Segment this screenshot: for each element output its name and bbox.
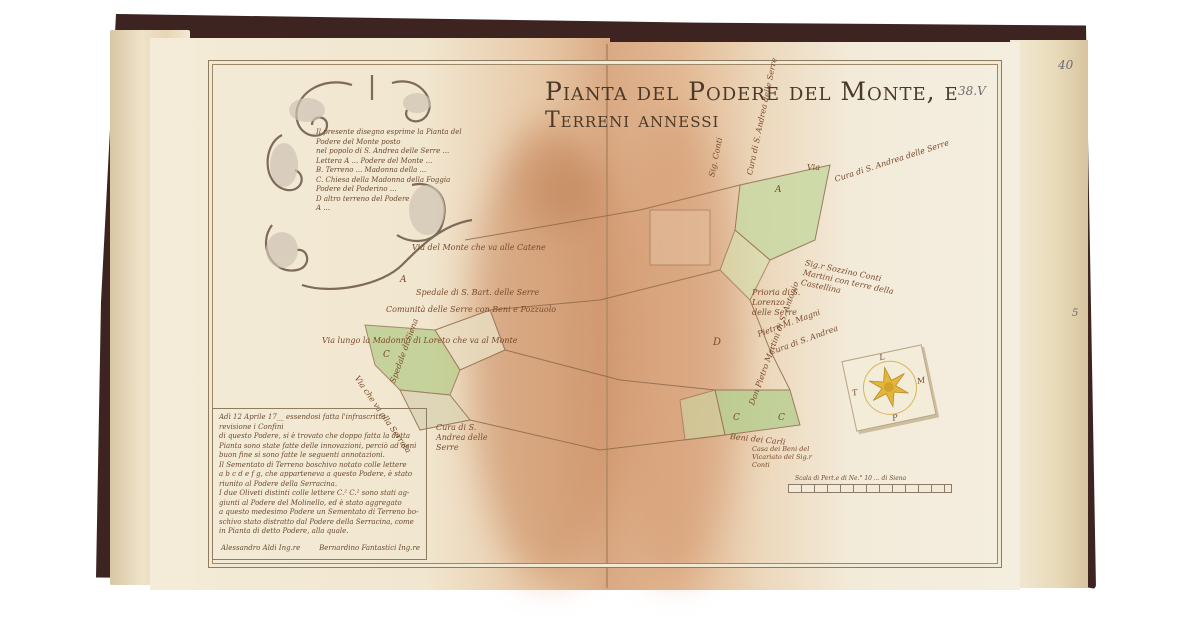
scale-bar [788,484,952,493]
map-label-via: Via [807,163,820,173]
compass-label-top: L [879,352,886,362]
folio-number: 38.V [958,84,986,98]
map-label-via-lago: Via lungo la Madonna di Loreto che va al… [322,336,517,346]
signature-left: Alessandro Aldi Ing.re [221,544,300,554]
note-line: giunti al Podere del Molinello, ed è sta… [219,499,420,509]
note-line: schivo stato distratto dal Podere della … [219,518,420,528]
map-title-line-2: Terreni annessi [545,108,719,133]
map-label-comunita: Comunità delle Serre con Beni e Pozzuolo [386,305,556,315]
map-label-via-monte: Via del Monte che va alle Catene [412,243,546,253]
signature-right: Bernardino Fantastici Ing.re [319,544,420,554]
corner-folio-number: 40 [1058,58,1073,72]
note-line: in Pianta di detto Podere, alla quale. [219,527,420,537]
note-line: a questo medesimo Podere un Sementato di… [219,508,420,518]
note-line: I due Oliveti distinti colle lettere C.²… [219,489,420,499]
cartouche-line: Il presente disegno esprime la Pianta de… [316,128,476,147]
compass-label-left: T [851,388,858,398]
field-letter: C [778,413,785,423]
map-label-casa-beni: Casa dei Beni del Vicariato del Sig.r Co… [752,445,812,469]
note-line: Adì 12 Aprile 17__ essendosi fatta l'inf… [219,413,420,432]
note-line: buon fine si sono fatte le seguenti anno… [219,451,420,461]
margin-mark: 5 [1072,308,1078,319]
note-line: a b c d e f g, che apparteneva a questo … [219,470,420,480]
compass-star-icon [863,361,915,413]
map-title-line-1: Pianta del Podere del Monte, e [545,77,959,106]
field-letter: C [733,413,740,423]
revision-notes-box: Adì 12 Aprile 17__ essendosi fatta l'inf… [212,408,427,560]
compass-label-right: M [916,375,926,386]
field-letter: A [775,185,782,195]
revision-notes-text: Adì 12 Aprile 17__ essendosi fatta l'inf… [219,413,420,537]
compass-label-bottom: P [891,412,898,422]
field-letter: D [713,338,721,348]
note-line: Il Sementato di Terreno boschivo notato … [219,461,420,471]
map-label-spedale: Spedale di S. Bart. delle Serre [416,288,539,298]
map-label-cura-standrea-left: Cura di S. Andrea delle Serre [436,423,488,453]
note-line: riunito al Podere della Serracina. [219,480,420,490]
field-letter: A [400,275,407,285]
scale-caption: Scala di Pert.e di Ne.° 10 ... di Siena [795,474,906,484]
field-letter: C [383,350,390,360]
note-line: Pianta sono state fatte delle innovazion… [219,442,420,452]
note-line: di questo Podere, si è trovato che doppo… [219,432,420,442]
